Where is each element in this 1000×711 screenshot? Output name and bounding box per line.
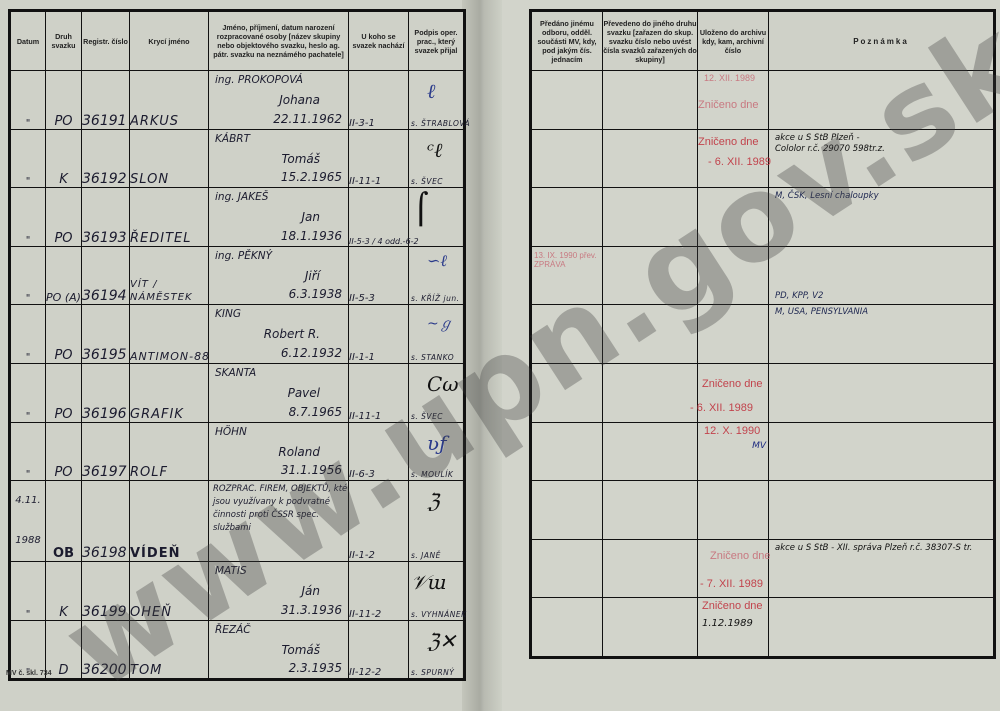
- cell-archived: Zničeno dne- 7. XII. 1989: [698, 539, 769, 598]
- table-row: Zničeno dne1.12.1989: [531, 598, 995, 658]
- person-birthdate: 31.1.1956: [281, 463, 342, 477]
- cell-handed: [531, 481, 603, 540]
- cell-cover: TOM: [130, 620, 209, 680]
- cell-cover: VÍT / NÁMĚSTEK: [130, 246, 209, 305]
- header-holder: U koho se svazek nachází: [349, 11, 409, 71]
- signature-mark: Cω: [427, 372, 459, 396]
- cell-type: PO: [46, 71, 82, 130]
- cell-archived: Zničeno dne- 6. XII. 1989: [698, 363, 769, 422]
- cell-holder: II-1-1: [349, 305, 409, 364]
- destroyed-date-handwritten: 1.12.1989: [702, 618, 753, 629]
- cell-note: [769, 422, 995, 481]
- person-birthdate: 8.7.1965: [289, 405, 342, 419]
- cell-cover: ARKUS: [130, 71, 209, 130]
- header-note: Poznámka: [769, 11, 995, 71]
- person-birthdate: 22.11.1962: [273, 112, 342, 126]
- cell-converted: [603, 422, 698, 481]
- person-name: ing. PROKOPOVÁ: [215, 74, 303, 86]
- person-firstname: Jan: [302, 210, 321, 224]
- cell-archived: 12. XII. 1989Zničeno dne: [698, 71, 769, 130]
- cell-holder: II-6-3: [349, 422, 409, 481]
- signature-mark: ᶜℓ: [427, 138, 442, 163]
- cell-note: [769, 71, 995, 130]
- table-row: M, USA, PENSYLVANIA: [531, 305, 995, 364]
- cell-note: akce u S StB - XII. správa Plzeň r.č. 38…: [769, 539, 995, 598]
- cell-person: HÖHNRoland31.1.1956: [209, 422, 349, 481]
- cell-date: ": [10, 129, 46, 188]
- cell-signature: ℓs. ŠTRABLOVÁ: [409, 71, 465, 130]
- cell-signature: ᶜℓs. ŠVEC: [409, 129, 465, 188]
- table-row: " PO (A) 36194 VÍT / NÁMĚSTEK ing. PĚKNÝ…: [10, 246, 465, 305]
- header-date: Datum: [10, 11, 46, 71]
- cell-note: [769, 363, 995, 422]
- signature-mark: 𝒱ɯ: [411, 570, 447, 594]
- cell-date: ": [10, 305, 46, 364]
- header-cover-name: Krycí jméno: [130, 11, 209, 71]
- group-description: ROZPRAC. FIREM, OBJEKTŮ, kté jsou využív…: [213, 483, 348, 535]
- cell-type: PO: [46, 305, 82, 364]
- cell-reg: 36194: [82, 246, 130, 305]
- table-row: 4.11. 1988 OB 36198 VÍDEŇ ROZPRAC. FIREM…: [10, 481, 465, 562]
- cell-cover: ŘEDITEL: [130, 188, 209, 247]
- cell-handed: [531, 363, 603, 422]
- cell-type: PO (A): [46, 246, 82, 305]
- cell-reg: 36200: [82, 620, 130, 680]
- cell-holder: II-5-3: [349, 246, 409, 305]
- cell-person: KINGRobert R.6.12.1932: [209, 305, 349, 364]
- cell-date: ": [10, 246, 46, 305]
- destroyed-stamp: Zničeno dne: [698, 136, 759, 148]
- cell-converted: [603, 129, 698, 188]
- header-archived: Uloženo do archivu kdy, kam, archivní čí…: [698, 11, 769, 71]
- handed-stamp: 13. IX. 1990 přev. ZPRÁVA: [534, 251, 604, 269]
- person-name: KING: [215, 308, 241, 320]
- person-birthdate: 6.3.1938: [289, 287, 342, 301]
- person-firstname: Johana: [279, 93, 320, 107]
- cell-signature: Cωs. ŠVEC: [409, 363, 465, 422]
- person-birthdate: 18.1.1936: [281, 229, 342, 243]
- cell-note: [769, 598, 995, 658]
- table-row: Zničeno dne- 6. XII. 1989 akce u S StB P…: [531, 129, 995, 188]
- cell-type: PO: [46, 363, 82, 422]
- table-row: " PO 36195 ANTIMON-88 KINGRobert R.6.12.…: [10, 305, 465, 364]
- cell-holder: II-11-2: [349, 562, 409, 621]
- cell-converted: [603, 598, 698, 658]
- book-gutter: [462, 0, 502, 711]
- table-row: Zničeno dne- 7. XII. 1989 akce u S StB -…: [531, 539, 995, 598]
- person-birthdate: 6.12.1932: [281, 346, 342, 360]
- person-name: SKANTA: [215, 367, 256, 379]
- cell-converted: [603, 539, 698, 598]
- cell-holder: II-5-3 / 4 odd.-6-2: [349, 188, 409, 247]
- signature-mark: ℓ: [427, 79, 435, 104]
- cell-handed: [531, 305, 603, 364]
- cell-cover: VÍDEŇ: [130, 481, 209, 562]
- signer-name: s. JANĚ: [411, 551, 441, 560]
- cell-date: ": [10, 71, 46, 130]
- table-row: Zničeno dne- 6. XII. 1989: [531, 363, 995, 422]
- person-name: KÁBRT: [215, 133, 250, 145]
- table-row: 13. IX. 1990 přev. ZPRÁVA PD, KPP, V2: [531, 246, 995, 305]
- cell-holder: II-3-1: [349, 71, 409, 130]
- cell-converted: [603, 188, 698, 247]
- table-row: " K 36192 SLON KÁBRTTomáš15.2.1965 II-11…: [10, 129, 465, 188]
- person-firstname: Pavel: [288, 386, 320, 400]
- person-birthdate: 31.3.1936: [281, 603, 342, 617]
- signer-name: s. VYHNÁNEK: [411, 610, 467, 619]
- cell-note: [769, 481, 995, 540]
- note-text: akce u S StB - XII. správa Plzeň r.č. 38…: [775, 543, 975, 554]
- table-row: 12. X. 1990MV: [531, 422, 995, 481]
- cell-handed: [531, 422, 603, 481]
- signature-mark: ∽ℓ: [427, 251, 447, 271]
- register-table-right: Předáno jinému odboru, odděl. součásti M…: [529, 9, 996, 659]
- person-birthdate: 15.2.1965: [281, 170, 342, 184]
- person-name: ing. JAKEŠ: [215, 191, 268, 203]
- person-name: ŘEZÁČ: [215, 624, 251, 636]
- table-row: " D 36200 TOM ŘEZÁČTomáš2.3.1935 II-12-2…: [10, 620, 465, 680]
- cell-date: ": [10, 562, 46, 621]
- signer-name: s. SPURNÝ: [411, 668, 454, 677]
- signer-name: s. KŘÍŽ jun.: [411, 294, 460, 303]
- cell-converted: [603, 305, 698, 364]
- person-firstname: Tomáš: [282, 643, 320, 657]
- destroyed-stamp: Zničeno dne: [710, 550, 771, 562]
- cell-person: ing. JAKEŠJan18.1.1936: [209, 188, 349, 247]
- archive-date-stamp: 12. X. 1990: [704, 425, 760, 437]
- header-type: Druh svazku: [46, 11, 82, 71]
- cell-signature: ~ℊs. STANKO: [409, 305, 465, 364]
- cell-date: 4.11. 1988: [10, 481, 46, 562]
- cell-person: ing. PROKOPOVÁJohana22.11.1962: [209, 71, 349, 130]
- header-converted: Převedeno do jiného druhu svazku [zařaze…: [603, 11, 698, 71]
- cell-signature: 𝒱ɯs. VYHNÁNEK: [409, 562, 465, 621]
- cell-note: M, ČSK, Lesní chaloupky: [769, 188, 995, 247]
- cell-archived: [698, 305, 769, 364]
- cell-person: MATISJán31.3.1936: [209, 562, 349, 621]
- cell-reg: 36199: [82, 562, 130, 621]
- cell-reg: 36196: [82, 363, 130, 422]
- register-table-left: Datum Druh svazku Registr. číslo Krycí j…: [8, 9, 466, 681]
- cell-date: ": [10, 363, 46, 422]
- cell-reg: 36191: [82, 71, 130, 130]
- cell-type: OB: [46, 481, 82, 562]
- cell-signature: ∽ℓs. KŘÍŽ jun.: [409, 246, 465, 305]
- signer-name: s. ŠVEC: [411, 412, 443, 421]
- note-text: M, ČSK, Lesní chaloupky: [775, 191, 879, 201]
- person-name: ing. PĚKNÝ: [215, 250, 272, 262]
- person-firstname: Jiří: [305, 269, 320, 283]
- cell-reg: 36195: [82, 305, 130, 364]
- cell-note: PD, KPP, V2: [769, 246, 995, 305]
- destroyed-stamp: Zničeno dne: [698, 99, 759, 111]
- cell-type: K: [46, 562, 82, 621]
- form-code: MV č. skl. 734: [6, 670, 52, 677]
- cell-archived: Zničeno dne- 6. XII. 1989: [698, 129, 769, 188]
- cell-converted: [603, 71, 698, 130]
- cell-person: KÁBRTTomáš15.2.1965: [209, 129, 349, 188]
- table-row: 12. XII. 1989Zničeno dne: [531, 71, 995, 130]
- person-firstname: Roland: [278, 445, 320, 459]
- cell-person: ROZPRAC. FIREM, OBJEKTŮ, kté jsou využív…: [209, 481, 349, 562]
- cell-type: PO: [46, 422, 82, 481]
- cell-note: akce u S StB Plzeň - Cololor r.č. 29070 …: [769, 129, 995, 188]
- table-row: " PO 36196 GRAFIK SKANTAPavel8.7.1965 II…: [10, 363, 465, 422]
- cell-archived: [698, 481, 769, 540]
- cell-reg: 36193: [82, 188, 130, 247]
- person-firstname: Ján: [302, 584, 321, 598]
- table-row: [531, 481, 995, 540]
- signer-name: s. ŠVEC: [411, 177, 443, 186]
- cell-converted: [603, 481, 698, 540]
- cell-reg: 36198: [82, 481, 130, 562]
- cell-note: M, USA, PENSYLVANIA: [769, 305, 995, 364]
- cell-cover: SLON: [130, 129, 209, 188]
- table-row: " PO 36191 ARKUS ing. PROKOPOVÁJohana22.…: [10, 71, 465, 130]
- destroyed-date-stamp: - 6. XII. 1989: [708, 156, 771, 168]
- archive-initials: MV: [752, 441, 766, 451]
- table-row: " PO 36193 ŘEDITEL ing. JAKEŠJan18.1.193…: [10, 188, 465, 247]
- signature-mark: ~ℊ: [427, 313, 453, 333]
- cell-converted: [603, 246, 698, 305]
- cell-cover: ANTIMON-88: [130, 305, 209, 364]
- person-name: MATIS: [215, 565, 247, 577]
- cell-archived: 12. X. 1990MV: [698, 422, 769, 481]
- table-row: " K 36199 OHEŇ MATISJán31.3.1936 II-11-2…: [10, 562, 465, 621]
- cell-reg: 36197: [82, 422, 130, 481]
- cell-holder: II-11-1: [349, 363, 409, 422]
- note-text: PD, KPP, V2: [775, 291, 823, 301]
- header-signature: Podpis oper. prac., který svazek přijal: [409, 11, 465, 71]
- person-name: HÖHN: [215, 426, 247, 438]
- cell-signature: ℨ✕s. SPURNÝ: [409, 620, 465, 680]
- cell-type: PO: [46, 188, 82, 247]
- cell-reg: 36192: [82, 129, 130, 188]
- header-reg-number: Registr. číslo: [82, 11, 130, 71]
- cell-signature: ʋƒs. MOULÍK: [409, 422, 465, 481]
- cell-person: ŘEZÁČTomáš2.3.1935: [209, 620, 349, 680]
- signer-name: s. MOULÍK: [411, 470, 453, 479]
- cell-signature: ℨs. JANĚ: [409, 481, 465, 562]
- signature-mark: ʋƒ: [427, 431, 447, 455]
- cell-handed: [531, 71, 603, 130]
- cell-person: SKANTAPavel8.7.1965: [209, 363, 349, 422]
- signer-name: s. ŠTRABLOVÁ: [411, 119, 470, 128]
- destroyed-date-stamp: - 6. XII. 1989: [690, 402, 753, 414]
- cell-handed: [531, 539, 603, 598]
- note-text: M, USA, PENSYLVANIA: [775, 307, 868, 317]
- cell-handed: [531, 598, 603, 658]
- cell-handed: [531, 188, 603, 247]
- table-row: M, ČSK, Lesní chaloupky: [531, 188, 995, 247]
- person-birthdate: 2.3.1935: [289, 661, 342, 675]
- cell-holder: II-12-2: [349, 620, 409, 680]
- cell-signature: ⌠: [409, 188, 465, 247]
- signer-name: s. STANKO: [411, 353, 454, 362]
- cell-holder: II-11-1: [349, 129, 409, 188]
- destroyed-stamp: Zničeno dne: [702, 378, 763, 390]
- cell-date: ": [10, 422, 46, 481]
- header-row: Datum Druh svazku Registr. číslo Krycí j…: [10, 11, 465, 71]
- cell-handed: 13. IX. 1990 přev. ZPRÁVA: [531, 246, 603, 305]
- signature-mark: ℨ✕: [427, 629, 456, 653]
- cell-archived: [698, 188, 769, 247]
- date-stamp: 12. XII. 1989: [704, 73, 755, 83]
- cell-cover: OHEŇ: [130, 562, 209, 621]
- cell-handed: [531, 129, 603, 188]
- table-row: " PO 36197 ROLF HÖHNRoland31.1.1956 II-6…: [10, 422, 465, 481]
- cell-person: ing. PĚKNÝJiří6.3.1938: [209, 246, 349, 305]
- person-firstname: Tomáš: [282, 152, 320, 166]
- destroyed-stamp: Zničeno dne: [702, 600, 763, 612]
- cell-archived: [698, 246, 769, 305]
- header-handed-over: Předáno jinému odboru, odděl. součásti M…: [531, 11, 603, 71]
- cell-date: ": [10, 188, 46, 247]
- bracket-mark: ⌠: [413, 192, 429, 227]
- signature-mark: ℨ: [427, 489, 439, 513]
- header-person: Jméno, příjmení, datum narození rozpraco…: [209, 11, 349, 71]
- note-text: akce u S StB Plzeň - Cololor r.č. 29070 …: [775, 133, 885, 155]
- cell-archived: Zničeno dne1.12.1989: [698, 598, 769, 658]
- destroyed-date-stamp: - 7. XII. 1989: [700, 578, 763, 590]
- cell-converted: [603, 363, 698, 422]
- cell-cover: ROLF: [130, 422, 209, 481]
- cell-cover: GRAFIK: [130, 363, 209, 422]
- person-firstname: Robert R.: [264, 327, 320, 341]
- header-row: Předáno jinému odboru, odděl. součásti M…: [531, 11, 995, 71]
- cell-holder: II-1-2: [349, 481, 409, 562]
- cell-type: K: [46, 129, 82, 188]
